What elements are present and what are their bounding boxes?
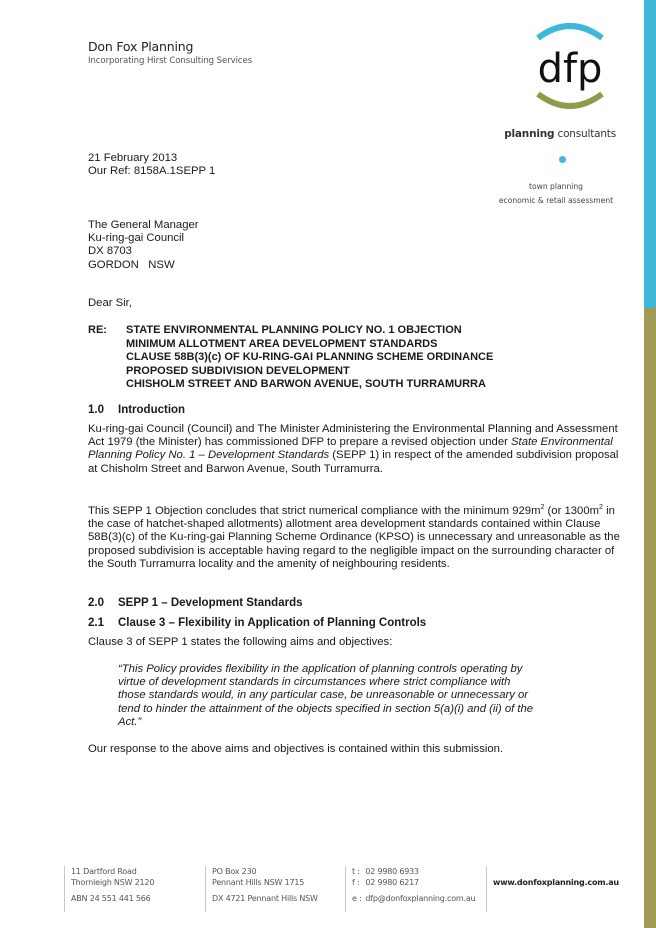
footer-address: 11 Dartford Road Thornleigh NSW 2120 ABN…	[64, 866, 154, 912]
firm-header: Don Fox Planning Incorporating Hirst Con…	[88, 39, 252, 66]
paragraph-response: Our response to the above aims and objec…	[88, 743, 503, 756]
firm-name: Don Fox Planning	[88, 39, 252, 54]
brand-bar-blue	[644, 0, 656, 308]
brand-bar-olive	[644, 308, 656, 928]
brand-color-bar	[644, 0, 656, 928]
policy-quote: “This Policy provides flexibility in the…	[118, 663, 538, 729]
dfp-logo: dfp	[530, 18, 610, 114]
heading-sepp1: 2.0SEPP 1 – Development Standards	[88, 597, 303, 609]
re-label: RE:	[88, 324, 107, 338]
firm-subtitle: Incorporating Hirst Consulting Services	[88, 56, 252, 66]
svg-text:dfp: dfp	[538, 46, 603, 92]
paragraph-conclusion: This SEPP 1 Objection concludes that str…	[88, 505, 628, 571]
footer-website: www.donfoxplanning.com.au	[486, 866, 619, 912]
heading-clause3: 2.1Clause 3 – Flexibility in Application…	[88, 617, 426, 629]
footer-contact: t : 02 9980 6933 f : 02 9980 6217 e : df…	[345, 866, 475, 912]
bullet-dot-icon	[559, 156, 566, 163]
footer-postal: PO Box 230 Pennant Hills NSW 1715 DX 472…	[205, 866, 318, 912]
reference: Our Ref: 8158A.1SEPP 1	[88, 165, 215, 178]
website-link[interactable]: www.donfoxplanning.com.au	[493, 877, 619, 888]
phone: 02 9980 6933	[365, 867, 419, 876]
heading-introduction: 1.0Introduction	[88, 404, 185, 416]
recipient-address: The General Manager Ku-ring-gai Council …	[88, 219, 199, 272]
abn: ABN 24 551 441 566	[71, 893, 154, 904]
date-block: 21 February 2013 Our Ref: 8158A.1SEPP 1	[88, 152, 215, 178]
tagline: planning consultants	[504, 128, 616, 140]
paragraph-clause3: Clause 3 of SEPP 1 states the following …	[88, 636, 392, 649]
services-list: town planning economic & retail assessme…	[496, 180, 616, 208]
paragraph-introduction: Ku-ring-gai Council (Council) and The Mi…	[88, 423, 628, 476]
salutation: Dear Sir,	[88, 297, 132, 310]
email-link[interactable]: dfp@donfoxplanning.com.au	[365, 894, 475, 903]
letter-date: 21 February 2013	[88, 152, 215, 165]
fax: 02 9980 6217	[365, 878, 419, 887]
